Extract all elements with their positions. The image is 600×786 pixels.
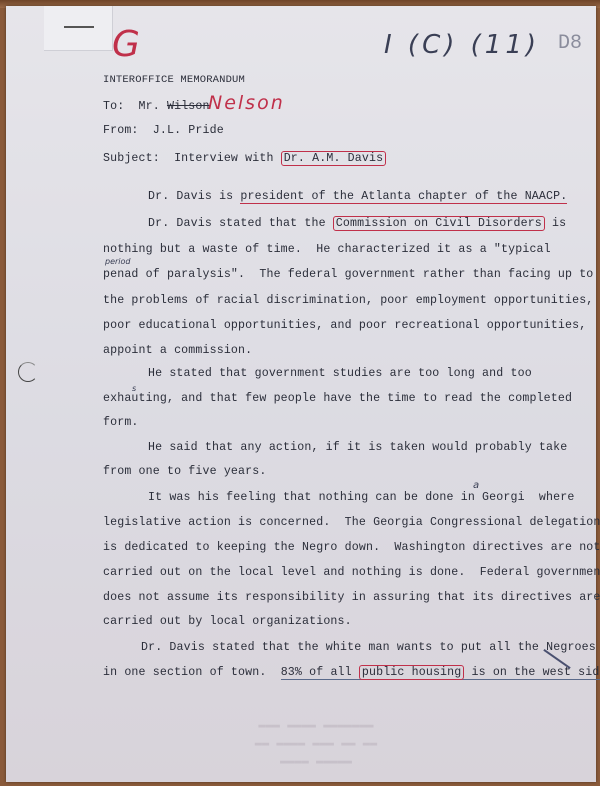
paragraph-5-line-6: carried out by local organizations. xyxy=(103,615,352,628)
from-label: From: xyxy=(103,124,139,137)
subject-name-circled: Dr. A.M. Davis xyxy=(281,151,387,166)
p6-underlined-text: 83% of all xyxy=(281,666,359,679)
paragraph-4-line-1: He said that any action, if it is taken … xyxy=(148,441,567,454)
p2-boxed-text: Commission on Civil Disorders xyxy=(333,216,545,231)
from-value: J.L. Pride xyxy=(153,124,224,137)
memo-from-line: From: J.L. Pride xyxy=(103,124,224,137)
p2-text: Dr. Davis stated that the xyxy=(148,217,333,230)
handwritten-letter-mark: G xyxy=(112,24,140,65)
sticky-note-dash xyxy=(64,26,94,28)
paragraph-6-line-2: in one section of town. 83% of all publi… xyxy=(103,666,600,679)
paragraph-2-line-1: Dr. Davis stated that the Commission on … xyxy=(148,217,566,230)
p1-underlined-text: president of the Atlanta chapter of the … xyxy=(240,190,567,204)
p1-text: Dr. Davis is xyxy=(148,190,240,203)
p6-text: in one section of town. xyxy=(103,666,281,679)
p6-boxed-text: public housing xyxy=(359,665,465,680)
memo-subject-line: Subject: Interview with Dr. A.M. Davis xyxy=(103,152,386,165)
paragraph-6-line-1: Dr. Davis stated that the white man want… xyxy=(141,641,596,654)
subject-prefix: Interview with xyxy=(174,152,274,165)
handwritten-classification-mark: I (C) (11) xyxy=(384,30,540,60)
handwritten-recipient-correction: Nelson xyxy=(208,92,285,114)
paragraph-3-line-3: form. xyxy=(103,416,139,429)
paragraph-5-line-1: It was his feeling that nothing can be d… xyxy=(148,491,574,504)
paragraph-3-line-1: He stated that government studies are to… xyxy=(148,367,532,380)
to-struck-name: Wilson xyxy=(167,100,210,113)
paragraph-2-line-2: nothing but a waste of time. He characte… xyxy=(103,243,551,256)
paragraph-2-line-6: appoint a commission. xyxy=(103,344,252,357)
paragraph-4-line-2: from one to five years. xyxy=(103,465,266,478)
handwritten-corner-mark: D8 xyxy=(558,32,582,55)
to-prefix: Mr. xyxy=(139,100,160,113)
p6-text-after: is on the west side xyxy=(464,666,600,679)
memo-to-line: To: Mr. Wilson xyxy=(103,100,210,113)
paragraph-5-line-5: does not assume its responsibility in as… xyxy=(103,591,600,604)
to-label: To: xyxy=(103,100,124,113)
paragraph-2-line-5: poor educational opportunities, and poor… xyxy=(103,319,586,332)
memo-title: INTEROFFICE MEMORANDUM xyxy=(103,74,245,86)
document-page: G I (C) (11) D8 INTEROFFICE MEMORANDUM T… xyxy=(6,6,596,782)
p6-underlined-span: 83% of all public housing is on the west… xyxy=(281,666,600,680)
paragraph-1: Dr. Davis is president of the Atlanta ch… xyxy=(148,190,567,203)
paragraph-5-line-2: legislative action is concerned. The Geo… xyxy=(103,516,600,529)
sticky-note xyxy=(44,6,113,51)
paragraph-3-line-2: exhauting, and that few people have the … xyxy=(103,392,572,405)
paragraph-2-line-3: penad of paralysis". The federal governm… xyxy=(103,268,593,281)
paragraph-5-line-4: carried out on the local level and nothi… xyxy=(103,566,600,579)
handwritten-a-correction: a xyxy=(473,480,479,491)
handwritten-period-correction: period xyxy=(105,257,130,266)
paragraph-2-line-4: the problems of racial discrimination, p… xyxy=(103,294,593,307)
hole-punch-icon xyxy=(18,362,38,382)
paragraph-5-line-3: is dedicated to keeping the Negro down. … xyxy=(103,541,600,554)
p2-text-after: is xyxy=(545,217,566,230)
bleed-through-text: ▬▬▬ ▬▬▬▬ ▬▬▬▬▬▬▬▬▬ ▬▬▬▬ ▬▬▬ ▬▬ ▬▬▬▬▬▬ ▬▬… xyxy=(166,716,466,770)
subject-label: Subject: xyxy=(103,152,160,165)
